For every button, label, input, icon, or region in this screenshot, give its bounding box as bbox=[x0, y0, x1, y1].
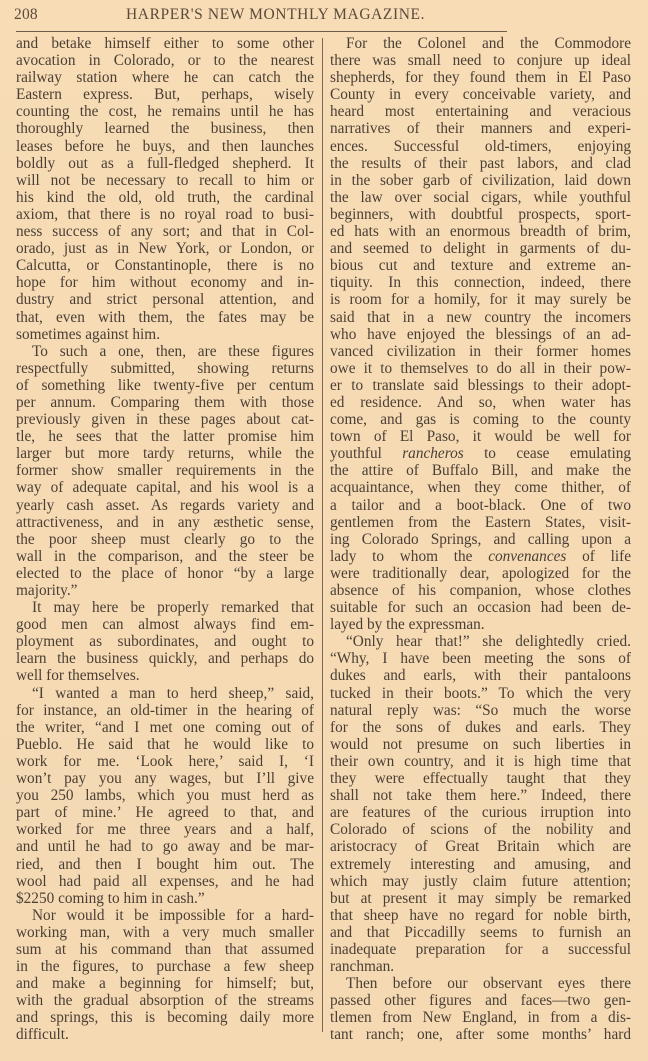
text-line: tlemen from New England, in from a dis- bbox=[330, 1009, 631, 1026]
text-line: lady to whom the convenances of life bbox=[330, 548, 631, 565]
text-line: dukes and earls, with their pantaloons bbox=[330, 667, 631, 684]
text-line: wool had paid all expenses, and he had bbox=[16, 873, 314, 890]
text-line: and that Piccadilly seems to furnish an bbox=[330, 924, 631, 941]
text-line: “Why, I have been meeting the sons of bbox=[330, 650, 631, 667]
text-line: inadequate preparation for a successful bbox=[330, 941, 631, 958]
text-line: owe it to themselves to do all in their … bbox=[330, 360, 631, 377]
paragraph: “Only hear that!” she delightedly cried.… bbox=[330, 633, 631, 975]
text-line: of something like twenty-five per centum bbox=[16, 377, 314, 394]
text-line: Colorado of scions of the nobility and bbox=[330, 821, 631, 838]
text-line: County in every conceivable variety, and bbox=[330, 86, 631, 103]
text-line: aristocracy of Great Britain which are bbox=[330, 838, 631, 855]
text-line: which may justly claim future attention; bbox=[330, 873, 631, 890]
text-line: Pueblo. He said that he would like to bbox=[16, 736, 314, 753]
text-line: “Only hear that!” she delightedly cried. bbox=[330, 633, 631, 650]
text-line: sometimes against him. bbox=[16, 326, 314, 343]
text-line: avocation in Colorado, or to the nearest bbox=[16, 52, 314, 69]
text-line: won’t pay you any wages, but I’ll give bbox=[16, 770, 314, 787]
text-line: shepherds, for they found them in El Pas… bbox=[330, 69, 631, 86]
text-line: acquaintance, when they come thither, of bbox=[330, 479, 631, 496]
text-line: thoroughly learned the business, then bbox=[16, 120, 314, 137]
text-line: work for me. ‘Look here,’ said I, ‘I bbox=[16, 753, 314, 770]
text-line: and seemed to delight in garments of du- bbox=[330, 240, 631, 257]
text-line: extremely interesting and amusing, and bbox=[330, 856, 631, 873]
italic-term: convenances bbox=[488, 548, 566, 565]
text-line: ences. Successful old-timers, enjoying bbox=[330, 138, 631, 155]
text-line: the poor sheep must clearly go to the bbox=[16, 531, 314, 548]
text-line: $2250 coming to him in cash.” bbox=[16, 890, 314, 907]
text-line: learn the business quickly, and perhaps … bbox=[16, 650, 314, 667]
text-line: they were effectually taught that they bbox=[330, 770, 631, 787]
text-line: “I wanted a man to herd sheep,” said, bbox=[16, 685, 314, 702]
left-column: and betake himself either to some othera… bbox=[16, 35, 314, 1044]
text-line: Nor would it be impossible for a hard- bbox=[16, 907, 314, 924]
paragraph: For the Colonel and the Commodorethere w… bbox=[330, 35, 631, 633]
text-line: er to translate said blessings to their … bbox=[330, 377, 631, 394]
paragraph: Then before our observant eyes therepass… bbox=[330, 975, 631, 1043]
text-line: ployment as subordinates, and ought to bbox=[16, 633, 314, 650]
text-line: bious cut and texture and extreme an- bbox=[330, 257, 631, 274]
text-line: will not be necessary to recall to him o… bbox=[16, 172, 314, 189]
text-line: ranchman. bbox=[330, 958, 631, 975]
text-line: but at present it may simply be remarked bbox=[330, 890, 631, 907]
text-line: come, and gas is coming to the county bbox=[330, 411, 631, 428]
text-line: suitable for such an occasion had been d… bbox=[330, 599, 631, 616]
text-line: worked for me three years and a half, bbox=[16, 821, 314, 838]
text-line: in the sober garb of civilization, laid … bbox=[330, 172, 631, 189]
paragraph: Nor would it be impossible for a hard-wo… bbox=[16, 907, 314, 1044]
text-line: Then before our observant eyes there bbox=[330, 975, 631, 992]
text-line: and betake himself either to some other bbox=[16, 35, 314, 52]
text-line: a tailor and a boot-black. One of two bbox=[330, 497, 631, 514]
text-line: the attire of Buffalo Bill, and make the bbox=[330, 462, 631, 479]
right-column: For the Colonel and the Commodorethere w… bbox=[330, 35, 631, 1044]
paragraph: “I wanted a man to herd sheep,” said,for… bbox=[16, 685, 314, 907]
text-line: the writer, “and I met one coming out of bbox=[16, 719, 314, 736]
text-line: part of mine.’ He agreed to that, and bbox=[16, 804, 314, 821]
text-line: the law over social cigars, while youthf… bbox=[330, 189, 631, 206]
text-line: layed by the expressman. bbox=[330, 616, 631, 633]
italic-term: rancheros bbox=[402, 445, 463, 462]
text-line: For the Colonel and the Commodore bbox=[330, 35, 631, 52]
text-line: that sheep have no regard for noble birt… bbox=[330, 907, 631, 924]
text-line: in the figures, to purchase a few sheep bbox=[16, 958, 314, 975]
text-line: and springs, this is becoming daily more bbox=[16, 1009, 314, 1026]
text-line: orado, just as in New York, or London, o… bbox=[16, 240, 314, 257]
text-line: natural reply was: “So much the worse bbox=[330, 702, 631, 719]
text-line: hope for him without economy and in- bbox=[16, 274, 314, 291]
text-line: would not presume on such liberties in bbox=[330, 736, 631, 753]
text-line: good men can almost always find em- bbox=[16, 616, 314, 633]
text-line: tiquity. In this connection, indeed, the… bbox=[330, 274, 631, 291]
text-line: vanced civilization in their former home… bbox=[330, 343, 631, 360]
text-line: respectfully submitted, showing returns bbox=[16, 360, 314, 377]
text-line: ed residence. And so, when water has bbox=[330, 394, 631, 411]
text-line: tle, he sees that the latter promise him bbox=[16, 428, 314, 445]
text-line: former show smaller requirements in the bbox=[16, 462, 314, 479]
text-line: said that in a new country the incomers bbox=[330, 309, 631, 326]
text-line: attractiveness, and in any æsthetic sens… bbox=[16, 514, 314, 531]
text-line: previously given in these pages about ca… bbox=[16, 411, 314, 428]
running-title: HARPER'S NEW MONTHLY MAGAZINE. bbox=[126, 6, 425, 24]
text-line: counting the cost, he remains until he h… bbox=[16, 103, 314, 120]
paragraph: It may here be properly remarked thatgoo… bbox=[16, 599, 314, 684]
text-line: for instance, an old-timer in the hearin… bbox=[16, 702, 314, 719]
text-line: wall in the comparison, and the steer be bbox=[16, 548, 314, 565]
text-line: beginners, with doubtful prospects, spor… bbox=[330, 206, 631, 223]
page-header: 208 HARPER'S NEW MONTHLY MAGAZINE. bbox=[14, 4, 508, 26]
text-line: his kind the old, old truth, the cardina… bbox=[16, 189, 314, 206]
text-line: railway station where he can catch the bbox=[16, 69, 314, 86]
text-line: difficult. bbox=[16, 1026, 314, 1043]
text-line: and until he had to go away and be mar- bbox=[16, 838, 314, 855]
text-line: are features of the curious irruption in… bbox=[330, 804, 631, 821]
text-line: boldly out as a full-fledged shepherd. I… bbox=[16, 155, 314, 172]
text-line: axiom, that there is no royal road to bu… bbox=[16, 206, 314, 223]
text-line: for the sons of dukes and earls. They bbox=[330, 719, 631, 736]
paragraph: To such a one, then, are these figuresre… bbox=[16, 343, 314, 599]
text-line: the results of their past labors, and cl… bbox=[330, 155, 631, 172]
text-line: way of adequate capital, and his wool is… bbox=[16, 479, 314, 496]
text-line: is room for a homily, for it may surely … bbox=[330, 291, 631, 308]
paragraph: and betake himself either to some othera… bbox=[16, 35, 314, 343]
text-line: that, even with them, the fates may be bbox=[16, 309, 314, 326]
text-line: youthful rancheros to cease emulating bbox=[330, 445, 631, 462]
text-line: majority.” bbox=[16, 582, 314, 599]
text-line: elected to the place of honor “by a larg… bbox=[16, 565, 314, 582]
text-line: Eastern express. But, perhaps, wisely bbox=[16, 86, 314, 103]
text-line: heard most entertaining and veracious bbox=[330, 103, 631, 120]
text-line: leases before he buys, and then launches bbox=[16, 138, 314, 155]
text-line: passed other figures and faces—two gen- bbox=[330, 992, 631, 1009]
text-line: tant ranch; one, after some months’ hard bbox=[330, 1026, 631, 1043]
text-line: ried, and then I bought him out. The bbox=[16, 856, 314, 873]
text-line: ed hats with an enormous breadth of brim… bbox=[330, 223, 631, 240]
text-line: To such a one, then, are these figures bbox=[16, 343, 314, 360]
text-line: per annum. Comparing them with those bbox=[16, 394, 314, 411]
text-line: larger but more tardy returns, while the bbox=[16, 445, 314, 462]
text-line: and make a beginning for himself; but, bbox=[16, 975, 314, 992]
text-line: shall not take them here.” Indeed, there bbox=[330, 787, 631, 804]
text-line: with the gradual absorption of the strea… bbox=[16, 992, 314, 1009]
text-line: town of El Paso, it would be well for bbox=[330, 428, 631, 445]
text-line: well for themselves. bbox=[16, 667, 314, 684]
text-line: tucked in their boots.” To which the ver… bbox=[330, 685, 631, 702]
text-line: ness success of any sort; and that in Co… bbox=[16, 223, 314, 240]
text-line: dustry and strict personal attention, an… bbox=[16, 291, 314, 308]
column-divider bbox=[322, 38, 323, 1032]
text-line: working man, with a very much smaller bbox=[16, 924, 314, 941]
page-number: 208 bbox=[14, 6, 38, 24]
text-line: absence of his companion, whose clothes bbox=[330, 582, 631, 599]
text-line: you 250 lambs, which you must herd as bbox=[16, 787, 314, 804]
text-line: were traditionally dear, apologized for … bbox=[330, 565, 631, 582]
text-line: narratives of their manners and experi- bbox=[330, 120, 631, 137]
text-line: Calcutta, or Constantinople, there is no bbox=[16, 257, 314, 274]
text-line: who have enjoyed the blessings of an ad- bbox=[330, 326, 631, 343]
text-line: there was small need to conjure up ideal bbox=[330, 52, 631, 69]
text-line: ing Colorado Springs, and calling upon a bbox=[330, 531, 631, 548]
text-line: gentlemen from the Eastern States, visit… bbox=[330, 514, 631, 531]
text-line: sum at his command than that assumed bbox=[16, 941, 314, 958]
header-rule bbox=[16, 31, 507, 32]
text-line: It may here be properly remarked that bbox=[16, 599, 314, 616]
magazine-page: 208 HARPER'S NEW MONTHLY MAGAZINE. and b… bbox=[0, 0, 648, 1061]
text-line: yearly cash asset. As regards variety an… bbox=[16, 497, 314, 514]
text-line: their own country, and it is high time t… bbox=[330, 753, 631, 770]
